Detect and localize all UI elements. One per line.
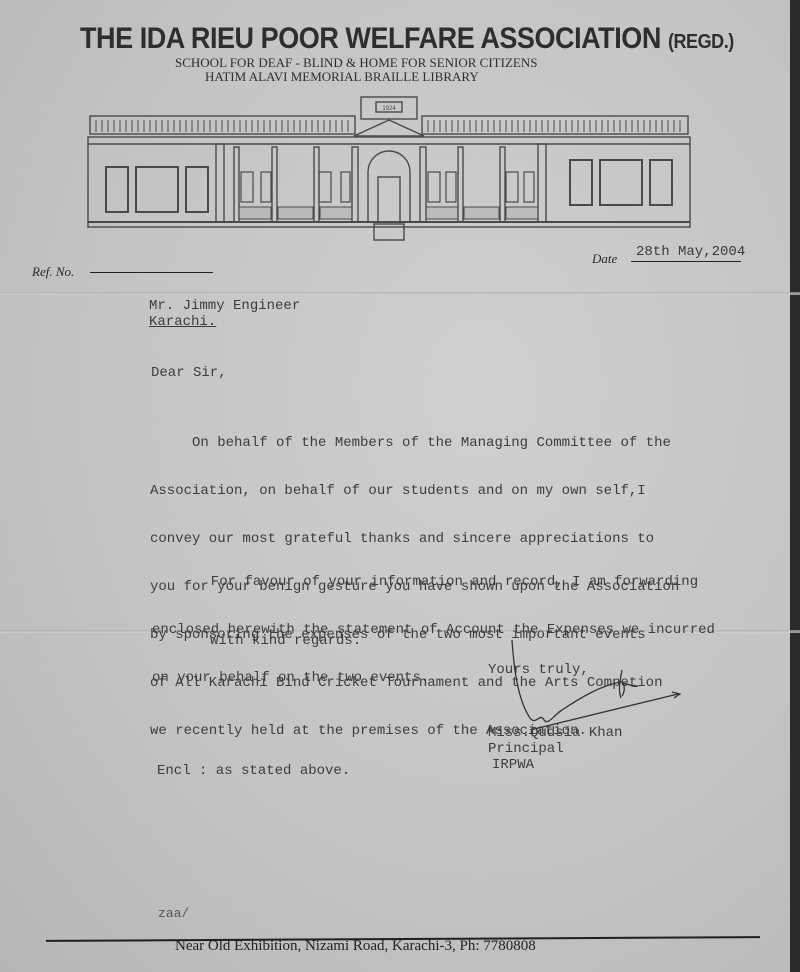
salutation: Dear Sir, [151, 365, 227, 381]
signatory-name: Miss.Qudsia Khan [488, 725, 622, 741]
signatory-organization: IRPWA [492, 757, 534, 773]
recipient-name: Mr. Jimmy Engineer [149, 298, 300, 314]
letterhead-subtitle-library: HATIM ALAVI MEMORIAL BRAILLE LIBRARY [205, 69, 479, 85]
letterhead-title: THE IDA RIEU POOR WELFARE ASSOCIATION (R… [80, 22, 620, 56]
signatory-title: Principal [488, 741, 564, 757]
ref-no-field [90, 272, 213, 273]
date-underline [631, 261, 741, 262]
footer-address: Near Old Exhibition, Nizami Road, Karach… [175, 938, 536, 955]
typist-initials: zaa/ [158, 906, 189, 922]
text-line: On behalf of the Members of the Managing… [150, 435, 679, 451]
scan-edge [790, 0, 800, 972]
text-line: Association, on behalf of our students a… [150, 483, 679, 499]
recipient-city: Karachi. [149, 314, 216, 330]
text-line: For favour of your information and recor… [152, 574, 715, 590]
svg-text:1924: 1924 [382, 106, 396, 112]
regd-label: (REGD.) [668, 31, 734, 53]
paper-fold [0, 292, 800, 295]
organization-name: THE IDA RIEU POOR WELFARE ASSOCIATION [80, 22, 661, 55]
ref-no-label: Ref. No. [32, 264, 74, 280]
handwritten-signature [500, 640, 690, 730]
date-value: 28th May,2004 [636, 244, 745, 260]
date-label: Date [592, 251, 617, 267]
enclosure-note: Encl : as stated above. [157, 763, 350, 779]
regards-line: With kind regards. [210, 633, 361, 649]
building-illustration: 1924 [86, 92, 692, 242]
